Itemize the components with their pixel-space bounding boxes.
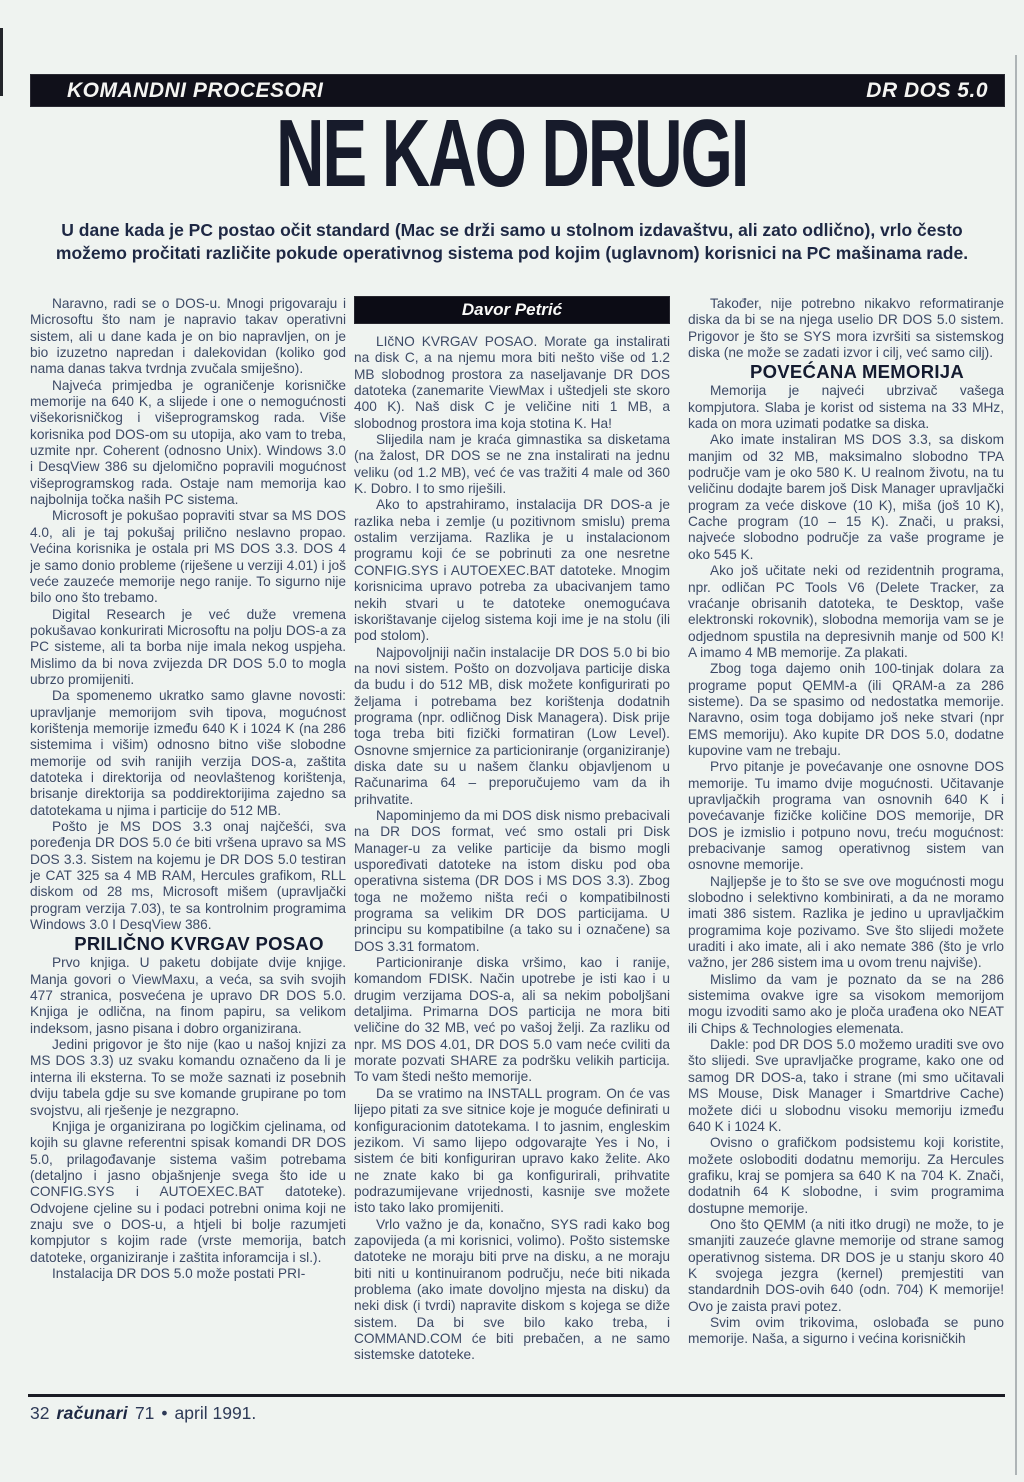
paragraph: Ako još učitate neki od rezidentnih prog… [688, 563, 1004, 661]
section-heading-prilicno-kvrgav-posao: PRILIČNO KVRGAV POSAO [30, 933, 346, 955]
paragraph: Digital Research je već duže vremena pok… [30, 607, 346, 689]
page-number: 32 [30, 1403, 49, 1423]
paragraph: Najpovoljniji način instalacije DR DOS 5… [354, 645, 670, 808]
magazine-name: računari [56, 1403, 127, 1423]
issue-number: 71 [135, 1403, 154, 1423]
paragraph: Ono što QEMM (a niti itko drugi) ne može… [688, 1217, 1004, 1315]
paragraph: LIčNO KVRGAV POSAO. Morate ga instalirat… [354, 334, 670, 432]
page-footer: 32računari71•april 1991. [30, 1403, 263, 1424]
column-1: Naravno, radi se o DOS-u. Mnogi prigovar… [30, 296, 346, 1394]
paragraph: Knjiga je organizirana po logičkim cjeli… [30, 1119, 346, 1266]
paragraph: Jedini prigovor je što nije (kao u našoj… [30, 1037, 346, 1119]
paragraph: Microsoft je pokušao popraviti stvar sa … [30, 508, 346, 606]
column-2: Davor Petrić LIčNO KVRGAV POSAO. Morate … [354, 296, 670, 1394]
paragraph: Prvo knjiga. U paketu dobijate dvije knj… [30, 955, 346, 1037]
footer-date: april 1991. [175, 1403, 257, 1423]
header-topic-label: DR DOS 5.0 [866, 79, 988, 103]
scan-artifact-left [0, 28, 3, 96]
paragraph: Naravno, radi se o DOS-u. Mnogi prigovar… [30, 296, 346, 378]
paragraph: Dakle: pod DR DOS 5.0 možemo uraditi sve… [688, 1037, 1004, 1135]
paragraph: Ako imate instaliran MS DOS 3.3, sa disk… [688, 432, 1004, 563]
footer-bullet: • [161, 1403, 167, 1423]
paragraph: Ako to apstrahiramo, instalacija DR DOS-… [354, 497, 670, 644]
paragraph: Slijedila nam je kraća gimnastika sa dis… [354, 432, 670, 497]
paragraph: Particioniranje diska vršimo, kao i rani… [354, 955, 670, 1086]
paragraph: Svim ovim trikovima, oslobađa se puno me… [688, 1315, 1004, 1348]
paragraph: Memorija je najveći ubrzivač vašega komp… [688, 383, 1004, 432]
paragraph: Da se vratimo na INSTALL program. On će … [354, 1086, 670, 1217]
magazine-page: KOMANDNI PROCESORI DR DOS 5.0 NE KAO DRU… [0, 0, 1024, 1482]
paragraph: Ovisno o grafičkom podsistemu koji koris… [688, 1135, 1004, 1217]
paragraph: Vrlo važno je da, konačno, SYS radi kako… [354, 1217, 670, 1364]
byline-box: Davor Petrić [354, 296, 670, 324]
paragraph: Pošto je MS DOS 3.3 onaj najčešći, sva p… [30, 819, 346, 933]
paragraph: Najveća primjedba je ograničenje korisni… [30, 378, 346, 509]
paragraph: Instalacija DR DOS 5.0 može postati PRI- [30, 1266, 346, 1282]
paragraph: Također, nije potrebno nikakvo reformati… [688, 296, 1004, 361]
paragraph: Najljepše je to što se sve ove mogućnost… [688, 874, 1004, 972]
paragraph: Da spomenemo ukratko samo glavne novosti… [30, 688, 346, 819]
author-name: Davor Petrić [462, 300, 562, 319]
paragraph: Prvo pitanje je povećavanje one osnovne … [688, 759, 1004, 873]
column-3: Također, nije potrebno nikakvo reformati… [688, 296, 1004, 1394]
header-section-label: KOMANDNI PROCESORI [67, 79, 323, 103]
paragraph: Napominjemo da mi DOS disk nismo prebaci… [354, 808, 670, 955]
paragraph: Mislimo da vam je poznato da se na 286 s… [688, 972, 1004, 1037]
paragraph: Zbog toga dajemo onih 100-tinjak dolara … [688, 661, 1004, 759]
scan-artifact-right [1015, 55, 1017, 1475]
section-heading-povecana-memorija: POVEĆANA MEMORIJA [688, 361, 1004, 383]
article-intro: U dane kada je PC postao očit standard (… [37, 219, 987, 264]
footer-rule [28, 1394, 1005, 1397]
article-title: NE KAO DRUGI [0, 104, 1024, 204]
